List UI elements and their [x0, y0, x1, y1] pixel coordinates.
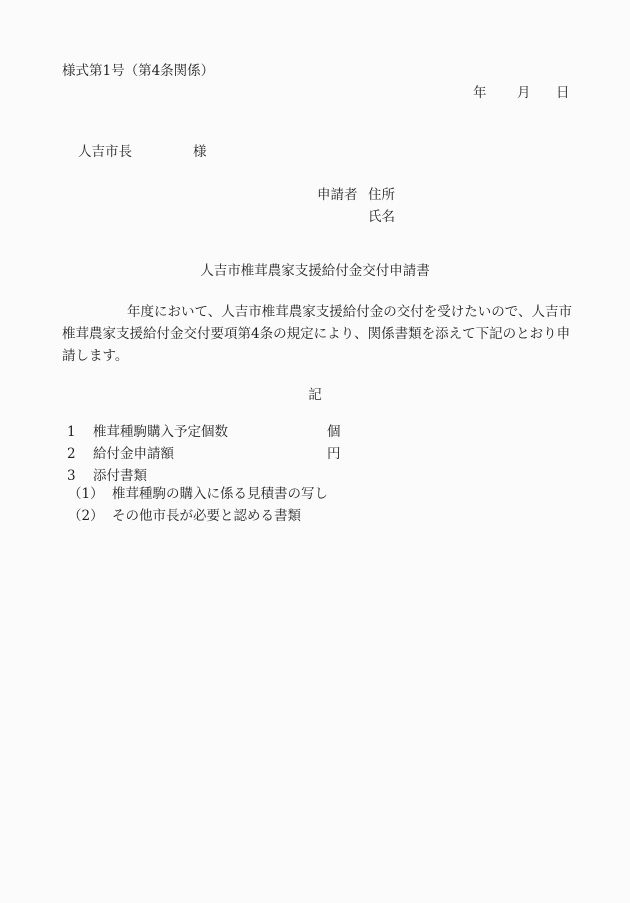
- item-label: 添付書類: [93, 466, 147, 486]
- item-row-attachments: 3 添付書類: [0, 466, 630, 486]
- item-number: 1: [67, 422, 76, 442]
- item-number: 3: [67, 466, 76, 486]
- body-line: 請します。: [62, 346, 582, 368]
- body-line: 椎茸農家支援給付金交付要項第4条の規定により、関係書類を添えて下記のとおり申: [62, 324, 582, 346]
- attachment-text: 椎茸種駒の購入に係る見積書の写し: [112, 484, 328, 504]
- attachment-row-other-documents: （2） その他市長が必要と認める書類: [0, 506, 630, 526]
- attachment-row-estimate-copy: （1） 椎茸種駒の購入に係る見積書の写し: [0, 484, 630, 504]
- application-form-page: 様式第1号（第4条関係） 年 月 日 人吉市長 様 申請者 住所 氏名 人吉市椎…: [0, 0, 630, 903]
- attachment-number: （1）: [68, 484, 104, 504]
- applicant-address-label: 住所: [368, 185, 395, 205]
- date-year-label: 年: [473, 83, 487, 103]
- item-unit: 個: [327, 422, 341, 442]
- addressee-honorific: 様: [193, 142, 207, 162]
- applicant-name-label: 氏名: [368, 207, 395, 227]
- item-row-shiitake-count: 1 椎茸種駒購入予定個数 個: [0, 422, 630, 442]
- item-label: 椎茸種駒購入予定個数: [93, 422, 228, 442]
- applicant-label: 申請者: [317, 185, 358, 205]
- date-day-label: 日: [556, 83, 570, 103]
- form-number: 様式第1号（第4条関係）: [62, 61, 214, 81]
- attachment-text: その他市長が必要と認める書類: [112, 506, 301, 526]
- item-row-grant-amount: 2 給付金申請額 円: [0, 444, 630, 464]
- document-title: 人吉市椎茸農家支援給付金交付申請書: [0, 261, 630, 281]
- date-month-label: 月: [517, 83, 531, 103]
- attachment-number: （2）: [68, 506, 104, 526]
- item-label: 給付金申請額: [93, 444, 174, 464]
- item-unit: 円: [327, 444, 341, 464]
- item-number: 2: [67, 444, 76, 464]
- addressee-name: 人吉市長: [78, 142, 132, 162]
- body-line: 年度において、人吉市椎茸農家支援給付金の交付を受けたいので、人吉市: [62, 302, 582, 324]
- body-paragraph: 年度において、人吉市椎茸農家支援給付金の交付を受けたいので、人吉市 椎茸農家支援…: [62, 302, 582, 367]
- record-marker: 記: [0, 385, 630, 405]
